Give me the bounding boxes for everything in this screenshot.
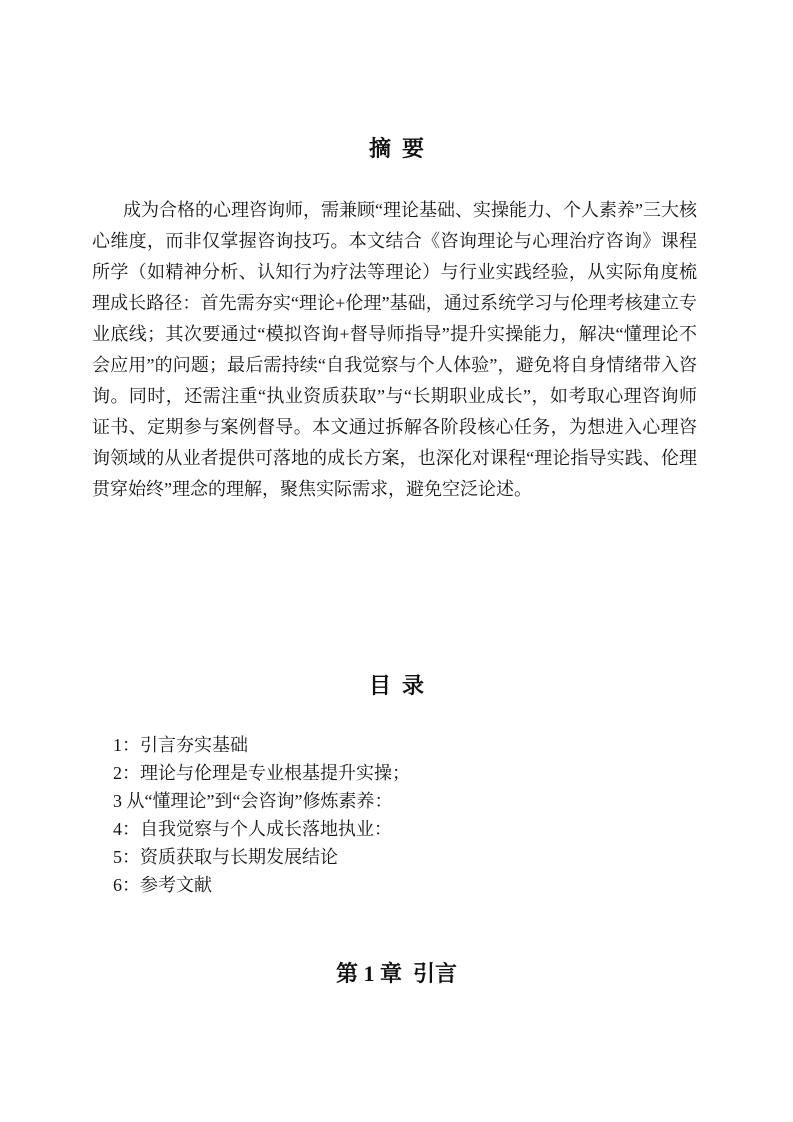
toc-item: 6：参考文献 — [113, 871, 673, 899]
toc-item: 1：引言夯实基础 — [113, 731, 673, 759]
toc-list: 1：引言夯实基础2：理论与伦理是专业根基提升实操；3 从“懂理论”到“会咨询”修… — [113, 731, 673, 899]
chapter1-heading: 第 1 章 引言 — [0, 961, 793, 987]
toc-item: 4：自我觉察与个人成长落地执业： — [113, 815, 673, 843]
toc-item: 3 从“懂理论”到“会咨询”修炼素养： — [113, 787, 673, 815]
abstract-heading: 摘 要 — [0, 136, 793, 162]
toc-item: 2：理论与伦理是专业根基提升实操； — [113, 759, 673, 787]
toc-heading: 目 录 — [0, 673, 793, 699]
toc-item: 5：资质获取与长期发展结论 — [113, 843, 673, 871]
abstract-paragraph: 成为合格的心理咨询师，需兼顾“理论基础、实操能力、个人素养”三大核心维度，而非仅… — [92, 195, 697, 505]
document-page: 摘 要 成为合格的心理咨询师，需兼顾“理论基础、实操能力、个人素养”三大核心维度… — [0, 0, 793, 1122]
